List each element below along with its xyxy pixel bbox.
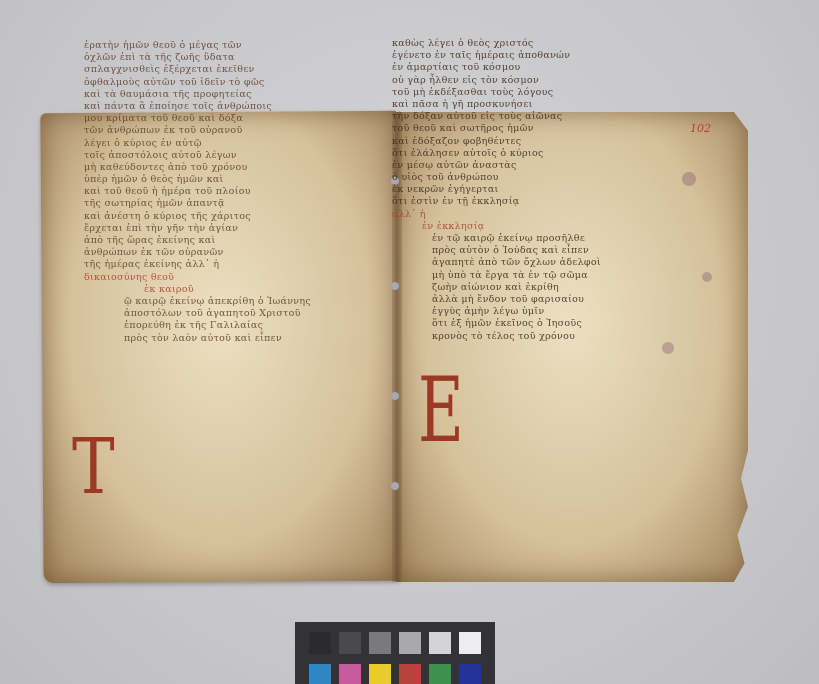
rubric: ἀλλ᾿ ἡ <box>392 209 632 221</box>
gray-patch-6 <box>459 632 481 654</box>
rubric: ἐκ καιροῦ <box>84 284 334 296</box>
left-page-text: ἐρατὴν ἡμῶν θεοῦ ὁ μέγας τῶνὀχλῶν ἐπὶ τὰ… <box>84 40 334 345</box>
stain <box>702 272 712 282</box>
rubric: ἐν ἐκκλησίᾳ <box>392 221 632 233</box>
gray-patch-4 <box>399 632 421 654</box>
decorated-initial-tau: Τ <box>72 430 115 507</box>
gray-patch-1 <box>309 632 331 654</box>
right-page-text: καθὼς λέγει ὁ θεὸς χριστόςἐγένετο ἐν ταῖ… <box>392 38 632 343</box>
sewing-hole <box>391 482 399 490</box>
color-patch-green <box>429 664 451 684</box>
gray-patch-5 <box>429 632 451 654</box>
color-patch-blue <box>309 664 331 684</box>
sewing-hole <box>391 392 399 400</box>
color-calibration-chart <box>295 622 495 684</box>
gray-patch-2 <box>339 632 361 654</box>
rubric: δικαιοσύνης θεοῦ <box>84 272 334 284</box>
gray-patch-3 <box>369 632 391 654</box>
stain <box>682 172 696 186</box>
stain <box>662 342 674 354</box>
color-patch-magenta <box>339 664 361 684</box>
folio-number: 102 <box>690 122 711 135</box>
decorated-initial-epsilon: Ε <box>418 366 464 456</box>
color-patch-yellow <box>369 664 391 684</box>
color-patch-navy <box>459 664 481 684</box>
color-patch-red <box>399 664 421 684</box>
